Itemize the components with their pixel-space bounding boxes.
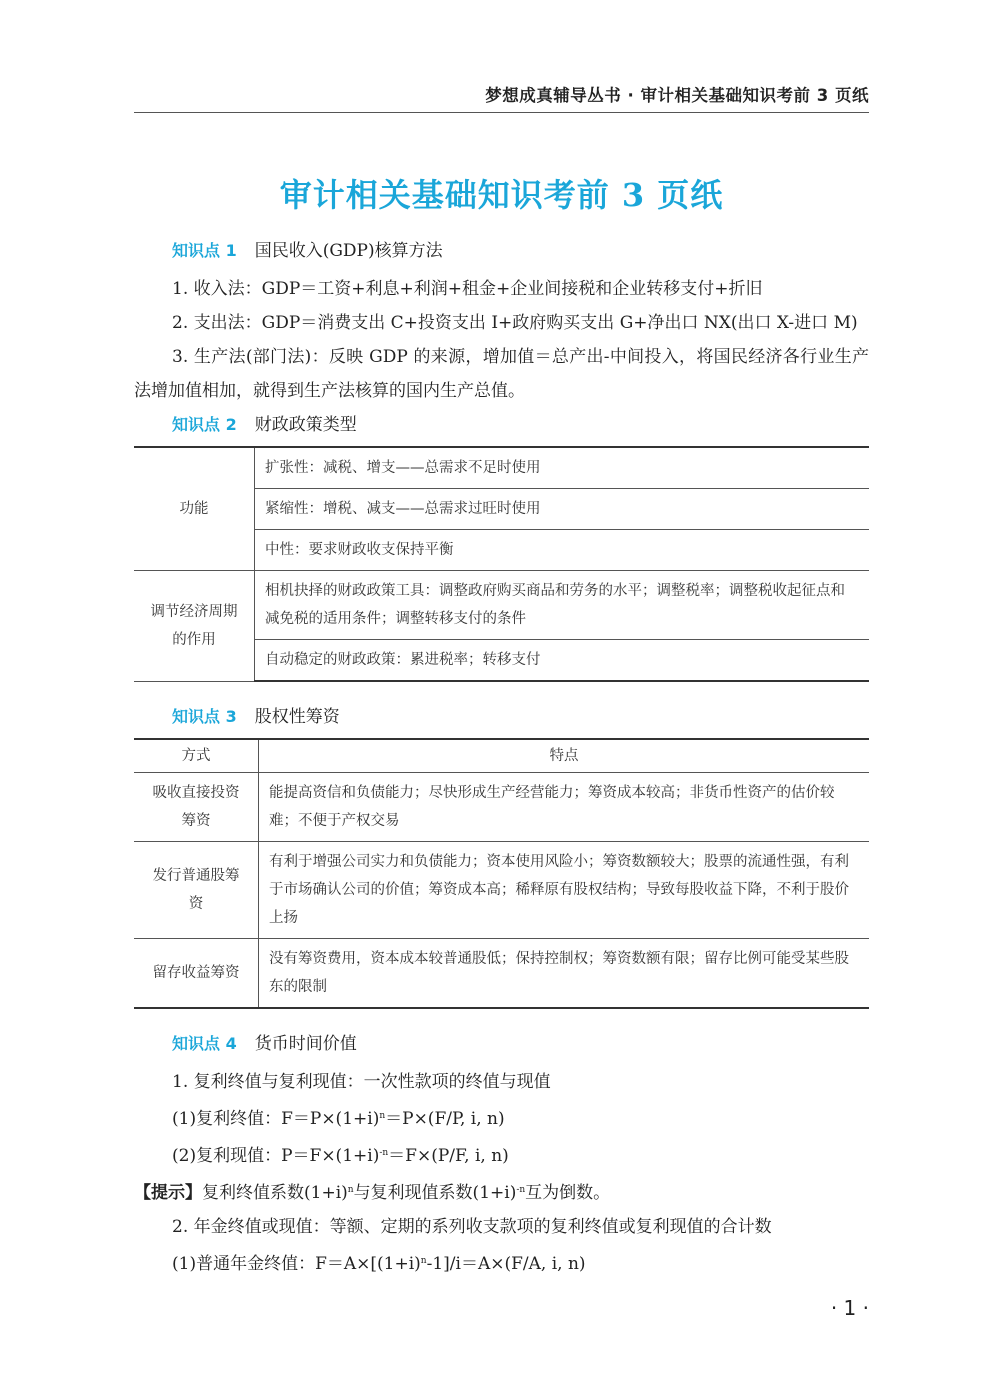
page-title: 审计相关基础知识考前 3 页纸	[0, 170, 1003, 216]
section-topic: 货币时间价值	[255, 1034, 357, 1054]
table-category: 发行普通股筹资	[134, 842, 259, 939]
formula-exponent: -n	[516, 1185, 525, 1195]
section-label: 知识点 3	[172, 707, 237, 726]
section-heading-3: 知识点 3股权性筹资	[172, 702, 869, 732]
formula-text: ＝F×(P/F, i, n)	[388, 1146, 509, 1166]
paragraph: 2. 年金终值或现值：等额、定期的系列收支款项的复利终值或复利现值的合计数	[134, 1210, 869, 1244]
content: 知识点 1国民收入(GDP)核算方法 1. 收入法：GDP＝工资+利息+利润+租…	[134, 236, 869, 1281]
fiscal-policy-table: 功能 扩张性：减税、增支——总需求不足时使用 紧缩性：增税、减支——总需求过旺时…	[134, 446, 869, 682]
section-label: 知识点 2	[172, 415, 237, 434]
tip-label: 【提示】	[134, 1183, 202, 1203]
table-cell: 紧缩性：增税、减支——总需求过旺时使用	[255, 489, 870, 530]
section-label: 知识点 1	[172, 241, 237, 260]
formula-compound-present-value: (2)复利现值：P＝F×(1+i)-n＝F×(P/F, i, n)	[172, 1136, 869, 1173]
formula-text: ＝P×(F/P, i, n)	[385, 1109, 504, 1129]
section-heading-1: 知识点 1国民收入(GDP)核算方法	[172, 236, 869, 266]
table-header: 方式	[134, 739, 259, 773]
section-heading-2: 知识点 2财政政策类型	[172, 410, 869, 440]
table-category: 吸收直接投资筹资	[134, 773, 259, 842]
formula-compound-future-value: (1)复利终值：F＝P×(1+i)n＝P×(F/P, i, n)	[172, 1099, 869, 1136]
paragraph: 1. 收入法：GDP＝工资+利息+利润+租金+企业间接税和企业转移支付+折旧	[134, 272, 869, 306]
formula-text: -1]/i＝A×(F/A, i, n)	[427, 1254, 586, 1274]
formula-text: (1)普通年金终值：F＝A×[(1+i)	[172, 1254, 421, 1274]
table-row: 吸收直接投资筹资 能提高资信和负债能力；尽快形成生产经营能力；筹资成本较高；非货…	[134, 773, 869, 842]
tip-text: 复利终值系数(1+i)	[202, 1183, 348, 1203]
table-header: 特点	[259, 739, 870, 773]
paragraph: 1. 复利终值与复利现值：一次性款项的终值与现值	[172, 1065, 869, 1099]
tip-text: 互为倒数。	[525, 1183, 610, 1203]
formula-text: (2)复利现值：P＝F×(1+i)	[172, 1146, 379, 1166]
table-header-row: 方式 特点	[134, 739, 869, 773]
section-topic: 国民收入(GDP)核算方法	[255, 241, 443, 261]
table-category: 功能	[134, 447, 255, 571]
table-row: 留存收益筹资 没有筹资费用，资本成本较普通股低；保持控制权；筹资数额有限；留存比…	[134, 939, 869, 1009]
section-heading-4: 知识点 4货币时间价值	[172, 1029, 869, 1059]
table-cell: 扩张性：减税、增支——总需求不足时使用	[255, 447, 870, 489]
equity-financing-table: 方式 特点 吸收直接投资筹资 能提高资信和负债能力；尽快形成生产经营能力；筹资成…	[134, 738, 869, 1009]
formula-exponent: -n	[379, 1148, 388, 1158]
table-category: 调节经济周期的作用	[134, 571, 255, 682]
running-head: 梦想成真辅导丛书 · 审计相关基础知识考前 3 页纸	[134, 82, 869, 113]
paragraph: 2. 支出法：GDP＝消费支出 C+投资支出 I+政府购买支出 G+净出口 NX…	[134, 306, 869, 340]
section-topic: 股权性筹资	[255, 707, 340, 727]
table-cell: 中性：要求财政收支保持平衡	[255, 530, 870, 571]
formula-text: (1)复利终值：F＝P×(1+i)	[172, 1109, 379, 1129]
table-cell: 相机抉择的财政政策工具：调整政府购买商品和劳务的水平；调整税率；调整税收起征点和…	[255, 571, 870, 640]
table-cell: 自动稳定的财政政策：累进税率；转移支付	[255, 640, 870, 682]
section-topic: 财政政策类型	[255, 415, 357, 435]
table-cell: 能提高资信和负债能力；尽快形成生产经营能力；筹资成本较高；非货币性资产的估价较难…	[259, 773, 870, 842]
paragraph: 3. 生产法(部门法)：反映 GDP 的来源，增加值＝总产出-中间投入，将国民经…	[134, 340, 869, 408]
formula-annuity-future-value: (1)普通年金终值：F＝A×[(1+i)n-1]/i＝A×(F/A, i, n)	[172, 1244, 869, 1281]
table-cell: 有利于增强公司实力和负债能力；资本使用风险小；筹资数额较大；股票的流通性强，有利…	[259, 842, 870, 939]
table-row: 发行普通股筹资 有利于增强公司实力和负债能力；资本使用风险小；筹资数额较大；股票…	[134, 842, 869, 939]
table-row: 调节经济周期的作用 相机抉择的财政政策工具：调整政府购买商品和劳务的水平；调整税…	[134, 571, 869, 640]
tip-note: 【提示】复利终值系数(1+i)n与复利现值系数(1+i)-n互为倒数。	[134, 1173, 869, 1210]
tip-text: 与复利现值系数(1+i)	[354, 1183, 517, 1203]
table-row: 功能 扩张性：减税、增支——总需求不足时使用	[134, 447, 869, 489]
page-number: · 1 ·	[831, 1296, 869, 1320]
section-label: 知识点 4	[172, 1034, 237, 1053]
table-category: 留存收益筹资	[134, 939, 259, 1009]
table-cell: 没有筹资费用，资本成本较普通股低；保持控制权；筹资数额有限；留存比例可能受某些股…	[259, 939, 870, 1009]
